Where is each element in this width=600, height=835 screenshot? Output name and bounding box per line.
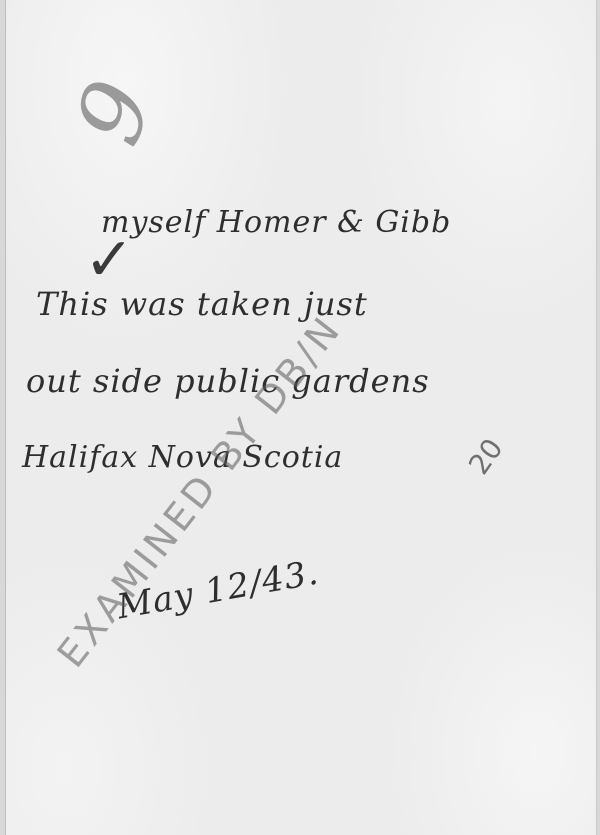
pencil-mark: 9: [56, 68, 174, 158]
stamp-number: 20: [462, 432, 509, 480]
handwritten-line-3: out side public gardens: [26, 362, 430, 400]
photo-card-back: 9 ✓ myself Homer & Gibb This was taken j…: [5, 0, 597, 835]
handwritten-line-1: myself Homer & Gibb: [101, 205, 451, 240]
handwritten-line-4: Halifax Nova Scotia: [22, 440, 343, 475]
